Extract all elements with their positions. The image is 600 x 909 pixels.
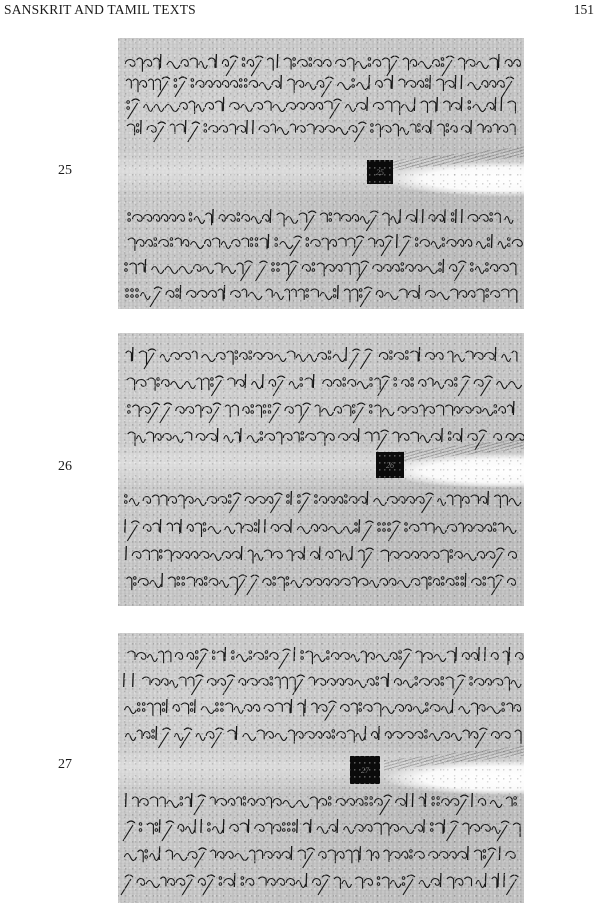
- manuscript-text-line: [118, 867, 524, 893]
- manuscript-plate-27: 27: [118, 633, 524, 903]
- plate-number-label: 27: [58, 757, 72, 773]
- leaf-tear-hole: [384, 162, 524, 196]
- plate-number-label: 25: [58, 163, 72, 179]
- manuscript-text-line: [118, 114, 524, 140]
- manuscript-text-line: [118, 540, 524, 566]
- manuscript-text-line: [118, 485, 524, 511]
- manuscript-plate-26: 26: [118, 333, 524, 606]
- manuscript-text-line: [118, 720, 524, 746]
- string-hole-number-tag: 25: [367, 160, 393, 184]
- manuscript-text-line: [118, 813, 524, 839]
- manuscript-text-line: [118, 422, 524, 448]
- manuscript-text-line: [118, 567, 524, 593]
- string-hole-number-tag: 26: [376, 452, 404, 478]
- manuscript-text-line: [118, 279, 524, 305]
- manuscript-text-line: [118, 667, 524, 693]
- manuscript-text-line: [118, 641, 524, 667]
- running-head: SANSKRIT AND TAMIL TEXTS: [4, 2, 196, 18]
- manuscript-text-line: [118, 693, 524, 719]
- string-hole-number-tag: 27: [350, 756, 380, 784]
- manuscript-text-line: [118, 787, 524, 813]
- manuscript-text-line: [118, 840, 524, 866]
- manuscript-text-line: [118, 513, 524, 539]
- manuscript-text-line: [118, 253, 524, 279]
- manuscript-text-line: [118, 228, 524, 254]
- page-number: 151: [574, 2, 594, 18]
- manuscript-text-line: [118, 341, 524, 367]
- manuscript-text-line: [118, 368, 524, 394]
- manuscript-plate-25: 25: [118, 38, 524, 309]
- manuscript-text-line: [118, 203, 524, 229]
- leaf-tear-hole: [384, 454, 524, 488]
- plate-number-label: 26: [58, 459, 72, 475]
- manuscript-text-line: [118, 395, 524, 421]
